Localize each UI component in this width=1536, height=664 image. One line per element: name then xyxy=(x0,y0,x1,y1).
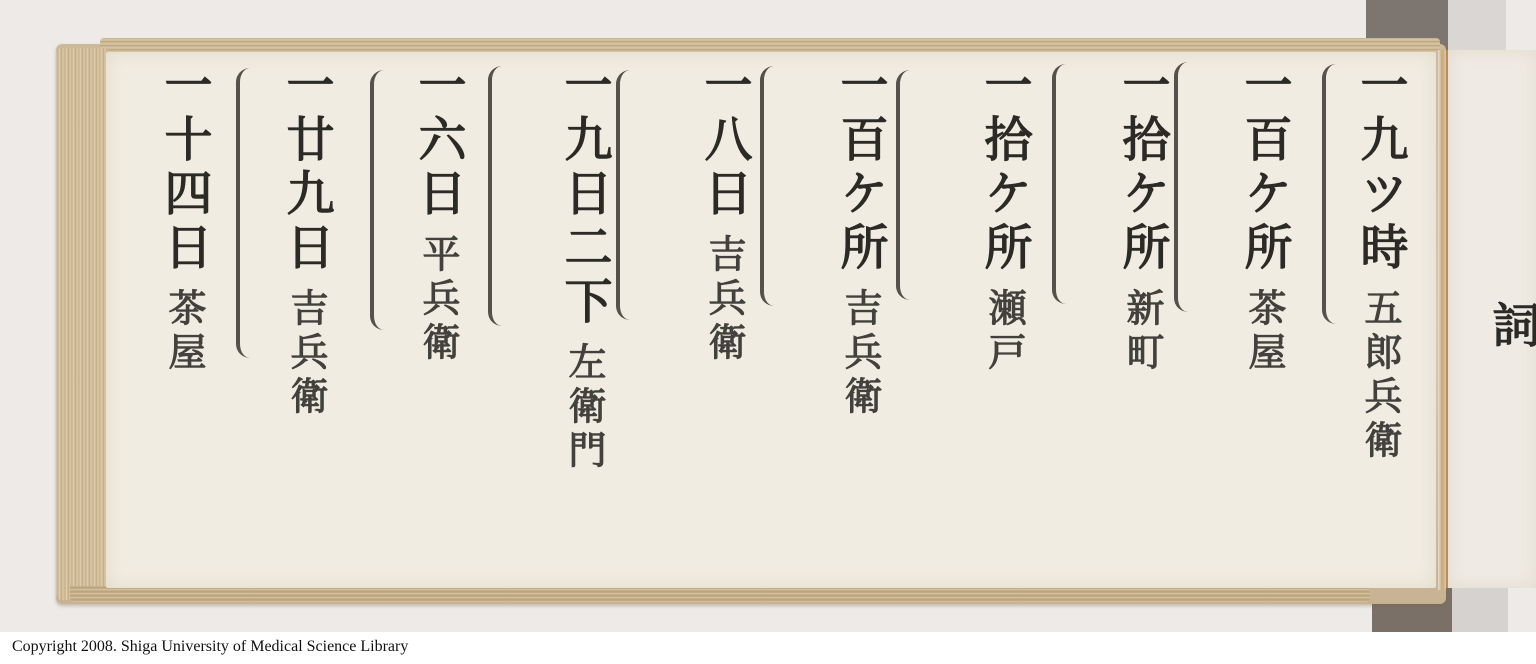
bookmark-strip-bottom-light xyxy=(1452,586,1508,632)
book-gutter xyxy=(1438,50,1446,590)
ledger-column-3: 一拾ケ所 新町 xyxy=(1118,60,1166,376)
ledger-column-4: 一拾ケ所 瀬戸 xyxy=(980,60,1028,376)
manuscript-photo: 詞 一九ツ時 五郎兵衛 一百ケ所 茶屋 一拾ケ所 新町 一拾ケ所 瀬戸 一百ケ所… xyxy=(0,0,1536,632)
column-bracket xyxy=(1174,62,1188,312)
ledger-column-1: 一九ツ時 五郎兵衛 xyxy=(1356,60,1404,464)
column-bracket xyxy=(760,66,774,306)
ledger-column-5: 一百ケ所 吉兵衛 xyxy=(836,60,884,420)
ledger-column-8: 一六日 平兵衛 xyxy=(414,60,462,366)
column-bracket xyxy=(488,66,502,326)
column-bracket xyxy=(370,70,384,330)
bookmark-strip-top-light xyxy=(1448,0,1506,52)
column-bracket xyxy=(1322,64,1336,324)
column-bracket xyxy=(1052,64,1066,304)
column-bracket xyxy=(896,70,910,300)
ledger-column-2: 一百ケ所 茶屋 xyxy=(1240,60,1288,376)
column-bracket xyxy=(616,70,630,320)
column-bracket xyxy=(236,68,250,358)
ledger-column-7: 一九日二下 左衛門 xyxy=(560,60,608,474)
ledger-column-10: 一十四日 茶屋 xyxy=(160,60,208,376)
right-page: 詞 xyxy=(1446,50,1536,588)
right-page-fragment: 詞 xyxy=(1488,300,1536,354)
book-fore-edge xyxy=(56,48,108,600)
ledger-column-9: 一廿九日 吉兵衛 xyxy=(282,60,330,420)
book-top-edge xyxy=(100,38,1440,52)
ledger-column-6: 一八日 吉兵衛 xyxy=(700,60,748,366)
book-bottom-edge xyxy=(70,586,1370,602)
copyright-caption: Copyright 2008. Shiga University of Medi… xyxy=(12,638,408,656)
